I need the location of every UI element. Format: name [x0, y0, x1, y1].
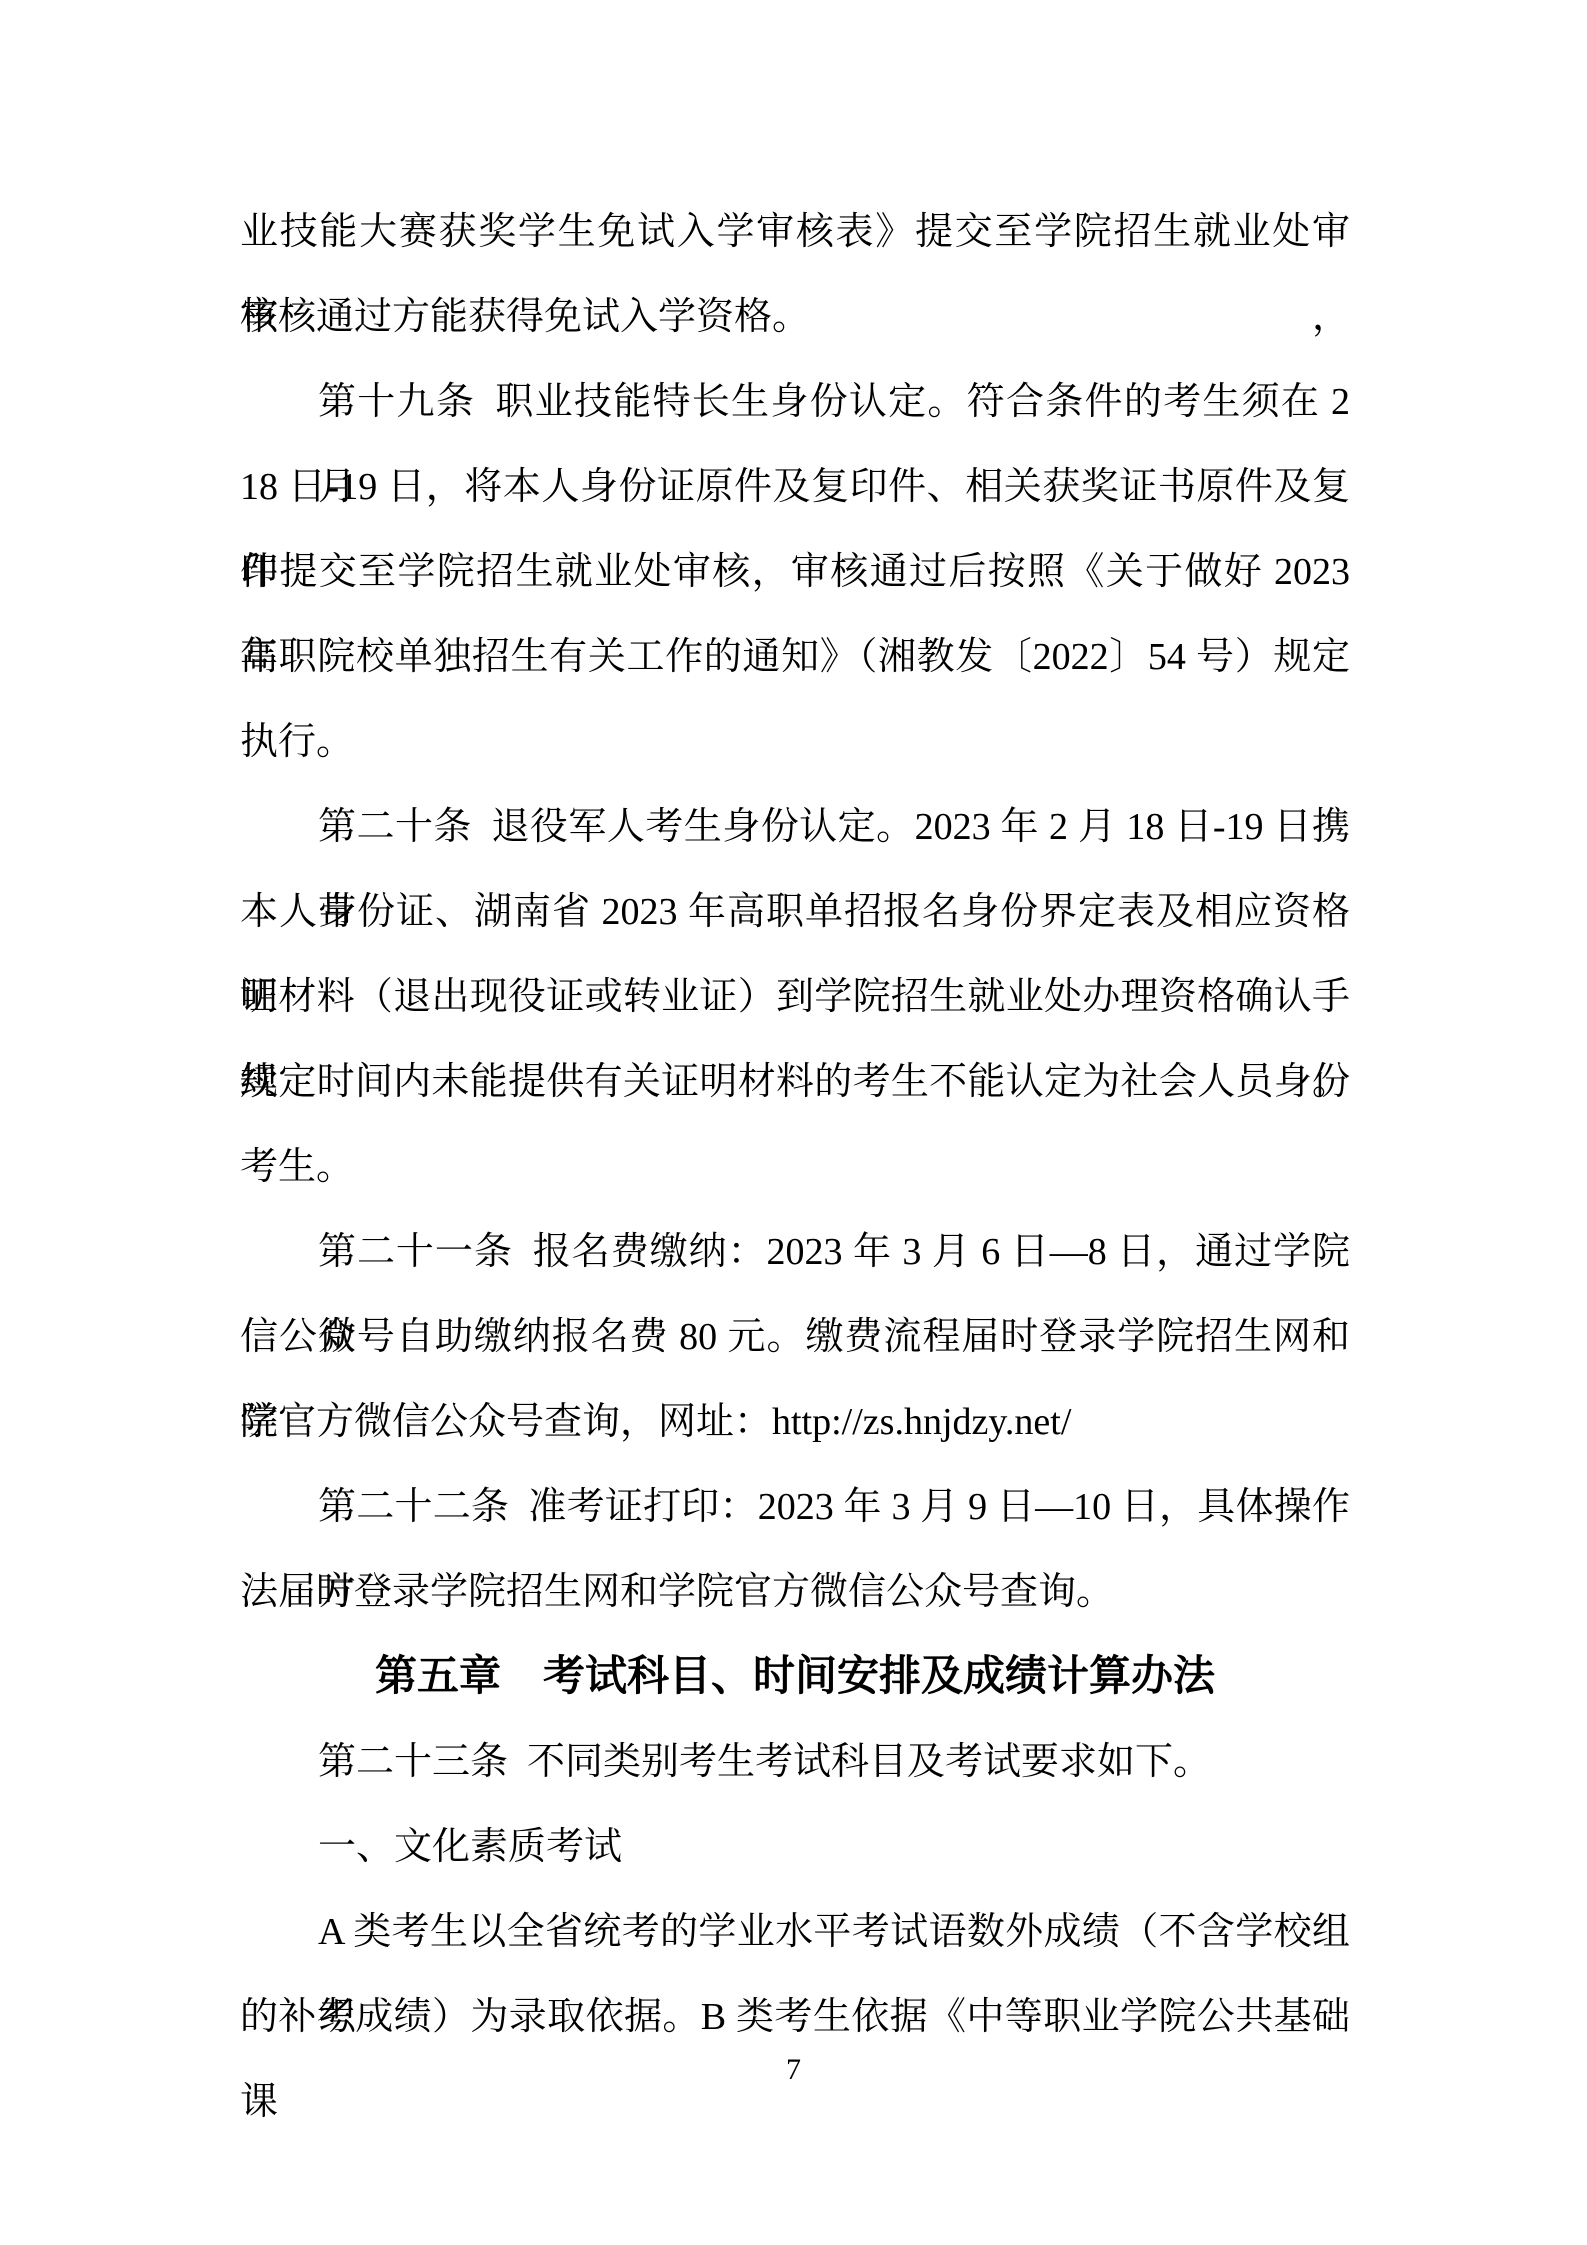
doc-line: 第二十条 退役军人考生身份认定。2023 年 2 月 18 日-19 日携带: [240, 785, 1350, 870]
doc-line: 第二十二条 准考证打印：2023 年 3 月 9 日—10 日，具体操作方: [240, 1465, 1350, 1550]
doc-line: 的补考成绩）为录取依据。B 类考生依据《中等职业学院公共基础课: [240, 1975, 1350, 2060]
page-number: 7: [0, 2052, 1587, 2088]
doc-line: A 类考生以全省统考的学业水平考试语数外成绩（不含学校组织: [240, 1890, 1350, 1975]
doc-line: 第二十三条 不同类别考生考试科目及考试要求如下。: [240, 1720, 1350, 1805]
doc-line: 件提交至学院招生就业处审核，审核通过后按照《关于做好 2023 年: [240, 530, 1350, 615]
doc-line: 高职院校单独招生有关工作的通知》（湘教发〔2022〕54 号）规定: [240, 615, 1350, 700]
doc-line: 第二十一条 报名费缴纳：2023 年 3 月 6 日—8 日，通过学院微: [240, 1210, 1350, 1295]
doc-line: 考生。: [240, 1125, 1350, 1210]
doc-line: 业技能大赛获奖学生免试入学审核表》提交至学院招生就业处审核，: [240, 190, 1350, 275]
chapter-heading: 第五章 考试科目、时间安排及成绩计算办法: [240, 1635, 1350, 1720]
doc-line: 院官方微信公众号查询，网址：http://zs.hnjdzy.net/: [240, 1380, 1350, 1465]
doc-line: 明材料（退出现役证或转业证）到学院招生就业处办理资格确认手续。: [240, 955, 1350, 1040]
doc-line: 信公众号自助缴纳报名费 80 元。缴费流程届时登录学院招生网和学: [240, 1295, 1350, 1380]
doc-line: 一、文化素质考试: [240, 1805, 1350, 1890]
doc-line: 法届时登录学院招生网和学院官方微信公众号查询。: [240, 1550, 1350, 1635]
document-body: 业技能大赛获奖学生免试入学审核表》提交至学院招生就业处审核， 审核通过方能获得免…: [240, 190, 1350, 2060]
doc-line: 规定时间内未能提供有关证明材料的考生不能认定为社会人员身份: [240, 1040, 1350, 1125]
doc-line: 18 日-19 日，将本人身份证原件及复印件、相关获奖证书原件及复印: [240, 445, 1350, 530]
document-page: 业技能大赛获奖学生免试入学审核表》提交至学院招生就业处审核， 审核通过方能获得免…: [0, 0, 1587, 2245]
doc-line: 第十九条 职业技能特长生身份认定。符合条件的考生须在 2 月: [240, 360, 1350, 445]
doc-line: 本人身份证、湖南省 2023 年高职单招报名身份界定表及相应资格证: [240, 870, 1350, 955]
doc-line: 执行。: [240, 700, 1350, 785]
